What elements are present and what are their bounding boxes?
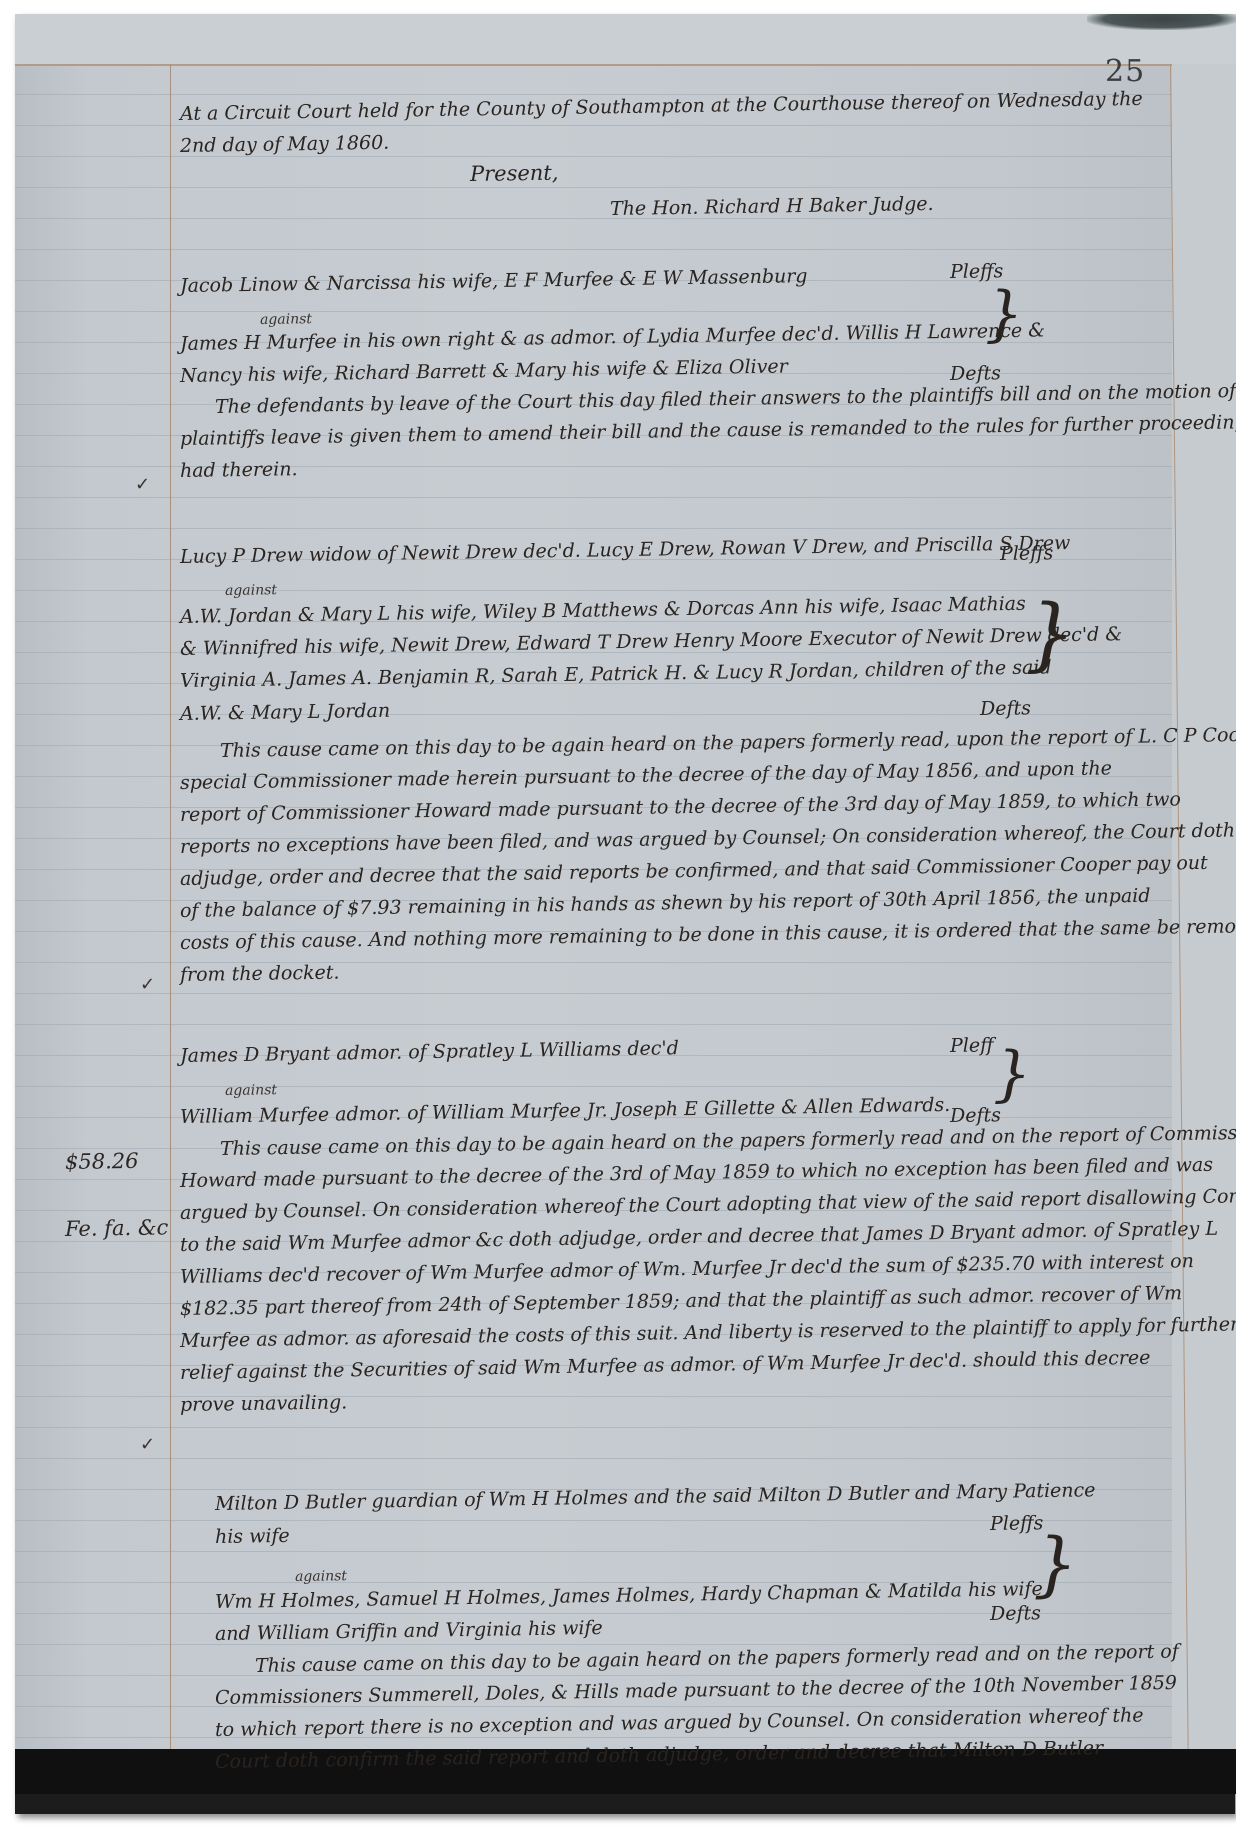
court-header-line-2: 2nd day of May 1860.: [180, 133, 390, 156]
plaintiffs-label: Pleffs: [1000, 543, 1054, 564]
case-body-line: had therein.: [180, 459, 298, 481]
defendants-label: Defts: [990, 1603, 1041, 1624]
plaintiffs-label: Pleff: [950, 1035, 994, 1056]
case-body-line: from the docket.: [180, 962, 340, 985]
page-edge-flap: [1172, 64, 1236, 1764]
check-mark-icon: ✓: [135, 474, 150, 495]
page-top-edge: [15, 14, 1236, 66]
judge-line: The Hon. Richard H Baker Judge.: [610, 194, 934, 219]
page-number: 25: [1105, 54, 1145, 89]
brace-icon: }: [1025, 604, 1076, 664]
margin-note-amount: $58.26: [65, 1151, 139, 1172]
present-heading: Present,: [470, 163, 559, 184]
brace-icon: }: [993, 1044, 1031, 1104]
defendants-label: Defts: [950, 363, 1001, 384]
against-label: against: [225, 580, 277, 601]
case-body-line: prove unavailing.: [180, 1392, 348, 1415]
brace-icon: }: [985, 284, 1023, 344]
case-plaintiffs-line: his wife: [215, 1526, 290, 1547]
check-mark-icon: ✓: [140, 974, 155, 995]
against-label: against: [260, 309, 312, 330]
against-label: against: [225, 1080, 277, 1101]
ledger-page: 25 At a Circuit Court held for the Count…: [15, 14, 1236, 1794]
against-label: against: [295, 1566, 347, 1587]
defendants-label: Defts: [980, 698, 1031, 719]
case-defendants-line: A.W. & Mary L Jordan: [180, 701, 390, 724]
margin-rule: [170, 64, 171, 1794]
ink-stain: [1087, 14, 1236, 30]
check-mark-icon: ✓: [140, 1434, 155, 1455]
brace-icon: }: [1033, 1534, 1078, 1594]
margin-note-writ: Fe. fa. &c: [65, 1217, 169, 1239]
